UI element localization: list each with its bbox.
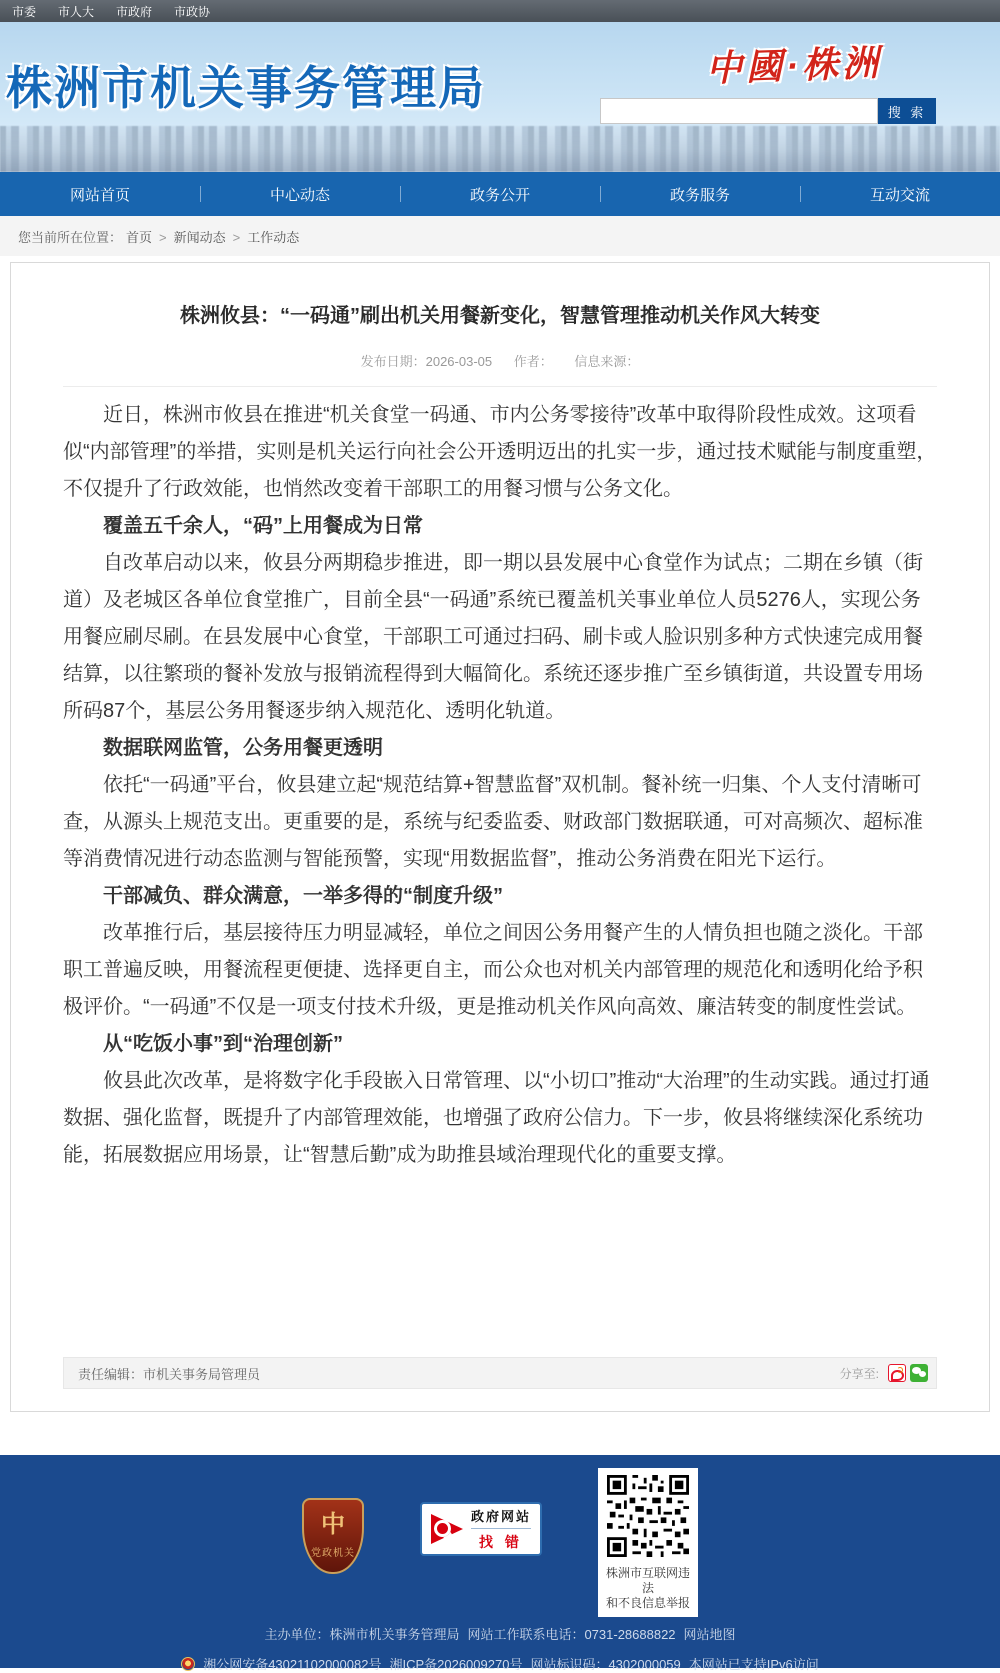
ipv6-note: 本网站已支持IPv6访问 [689, 1657, 819, 1672]
badge-label: 党政机关 [311, 1544, 355, 1559]
breadcrumb-link[interactable]: 首页 [126, 227, 152, 246]
nav-item[interactable]: 中心动态 [200, 172, 400, 216]
gongan-beian-link[interactable]: 湘公网安备43021102000082号 [203, 1657, 381, 1672]
qr-code-image [607, 1475, 689, 1557]
nav-item-label: 政务公开 [470, 184, 530, 205]
topbar-link[interactable]: 市政府 [116, 3, 152, 20]
page-footer: 中 党政机关 政府网站 找 错 [0, 1455, 1000, 1668]
qr-caption: 株洲市互联网违法 和不良信息举报 [606, 1566, 690, 1611]
police-badge-icon [181, 1657, 195, 1671]
article-paragraph: 近日，株洲市攸县在推进“机关食堂一码通、市内公务零接待”改革中取得阶段性成效。这… [63, 397, 937, 508]
error-report-line2: 找 错 [479, 1532, 523, 1552]
breadcrumb: 您当前所在位置： 首页新闻动态工作动态 [0, 216, 1000, 256]
topbar-link[interactable]: 市人大 [58, 3, 94, 20]
nav-item[interactable]: 政务公开 [400, 172, 600, 216]
weibo-share-icon[interactable] [888, 1364, 906, 1382]
sitemap-link[interactable]: 网站地图 [684, 1627, 736, 1642]
article-paragraph: 依托“一码通”平台，攸县建立起“规范结算+智慧监督”双机制。餐补统一归集、个人支… [63, 767, 937, 878]
site-id-code: 网站标识码：4302000059 [530, 1657, 680, 1672]
icp-beian-link[interactable]: 湘ICP备2026009270号 [389, 1657, 522, 1672]
topbar-link[interactable]: 市政协 [174, 3, 210, 20]
article-card: 株洲攸县：“一码通”刷出机关用餐新变化，智慧管理推动机关作风大转变 发布日期：2… [10, 262, 990, 1412]
wechat-share-icon[interactable] [910, 1364, 928, 1382]
contact-phone: 网站工作联系电话：0731-28688822 [467, 1627, 675, 1642]
search-input[interactable] [600, 98, 878, 124]
nav-item[interactable]: 网站首页 [0, 172, 200, 216]
nav-item-label: 中心动态 [270, 184, 330, 205]
error-report-magnifier-icon [431, 1514, 463, 1544]
editor-bar: 责任编辑：市机关事务局管理员 分享至: [63, 1357, 937, 1389]
article-paragraph: 自改革启动以来，攸县分两期稳步推进，即一期以县发展中心食堂作为试点；二期在乡镇（… [63, 545, 937, 730]
nav-item-label: 网站首页 [70, 184, 130, 205]
breadcrumb-prefix: 您当前所在位置： [18, 227, 122, 246]
footer-badges: 中 党政机关 政府网站 找 错 [0, 1468, 1000, 1610]
footer-line2: 湘公网安备43021102000082号湘ICP备2026009270号网站标识… [0, 1654, 1000, 1673]
nav-item-label: 互动交流 [870, 184, 930, 205]
breadcrumb-link[interactable]: 新闻动态 [152, 227, 226, 246]
article-paragraph: 攸县此次改革，是将数字化手段嵌入日常管理、以“小切口”推动“大治理”的生动实践。… [63, 1063, 937, 1174]
article-paragraph: 改革推行后，基层接待压力明显减轻，单位之间因公务用餐产生的人情负担也随之淡化。干… [63, 915, 937, 1026]
badge-emblem-icon: 中 [321, 1513, 345, 1537]
nav-item-label: 政务服务 [670, 184, 730, 205]
author: 作者： [514, 354, 553, 369]
share-group: 分享至: [840, 1364, 928, 1382]
search-button[interactable]: 搜 索 [878, 98, 936, 124]
responsible-editor: 责任编辑：市机关事务局管理员 [78, 1364, 260, 1383]
article-paragraph: 从“吃饭小事”到“治理创新” [63, 1026, 937, 1063]
party-government-badge[interactable]: 中 党政机关 [302, 1498, 364, 1574]
topbar-link[interactable]: 市委 [12, 3, 36, 20]
city-skyline-image [0, 126, 1000, 172]
site-banner: 株洲市机关事务管理局 中國·株洲 搜 索 [0, 22, 1000, 172]
publish-date: 发布日期：2026-03-05 [361, 354, 493, 369]
site-title[interactable]: 株洲市机关事务管理局 [6, 52, 486, 118]
article-meta: 发布日期：2026-03-05 作者： 信息来源： [11, 351, 989, 370]
share-label: 分享至: [840, 1365, 879, 1382]
nav-item[interactable]: 互动交流 [800, 172, 1000, 216]
article-paragraph: 覆盖五千余人，“码”上用餐成为日常 [63, 508, 937, 545]
gov-site-error-report-badge[interactable]: 政府网站 找 错 [420, 1502, 542, 1556]
source: 信息来源： [574, 354, 639, 369]
search-bar: 搜 索 [600, 98, 936, 124]
article-paragraph: 数据联网监管，公务用餐更透明 [63, 730, 937, 767]
error-report-line1: 政府网站 [471, 1506, 531, 1525]
main-nav: 网站首页中心动态政务公开政务服务互动交流 [0, 172, 1000, 216]
footer-line1: 主办单位：株洲市机关事务管理局网站工作联系电话：0731-28688822网站地… [0, 1624, 1000, 1643]
host-org: 主办单位：株洲市机关事务管理局 [264, 1627, 459, 1642]
china-zhuzhou-logo: 中國·株洲 [705, 35, 883, 92]
article-title: 株洲攸县：“一码通”刷出机关用餐新变化，智慧管理推动机关作风大转变 [11, 301, 989, 331]
top-utility-bar: 市委市人大市政府市政协 [0, 0, 1000, 22]
report-qr-box: 株洲市互联网违法 和不良信息举报 [598, 1468, 698, 1617]
article-paragraph: 干部减负、群众满意，一举多得的“制度升级” [63, 878, 937, 915]
article-body: 近日，株洲市攸县在推进“机关食堂一码通、市内公务零接待”改革中取得阶段性成效。这… [11, 387, 989, 1174]
breadcrumb-link[interactable]: 工作动态 [226, 227, 300, 246]
nav-item[interactable]: 政务服务 [600, 172, 800, 216]
